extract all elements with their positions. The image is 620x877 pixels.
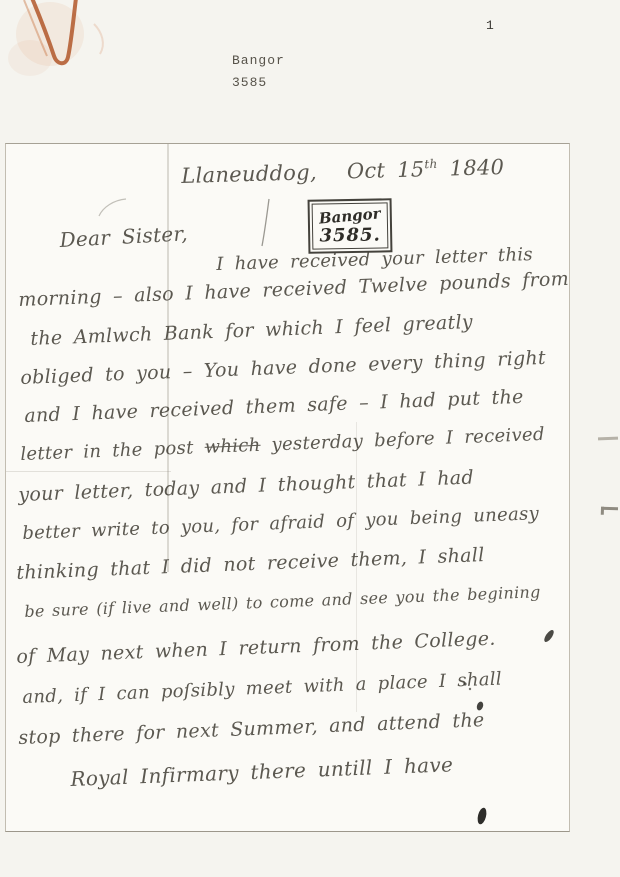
margin-artifact-flag-stub [601,507,604,515]
letter-sheet: Llaneuddog,Oct 15th 1840 Bangor 3585. De… [5,143,570,832]
margin-artifact-dash [598,437,618,441]
scanned-letter-page: 1 Bangor 3585 Llaneuddog,Oct 15th 1840 B… [0,0,620,877]
margin-artifact-flag [601,507,618,511]
page-number: 1 [486,18,494,33]
stray-ink-marks [6,144,569,831]
archive-label-town: Bangor [232,50,285,72]
archive-catalog-label: Bangor 3585 [232,50,285,94]
archive-label-number: 3585 [232,72,285,94]
rust-paperclip-stain [2,0,122,111]
